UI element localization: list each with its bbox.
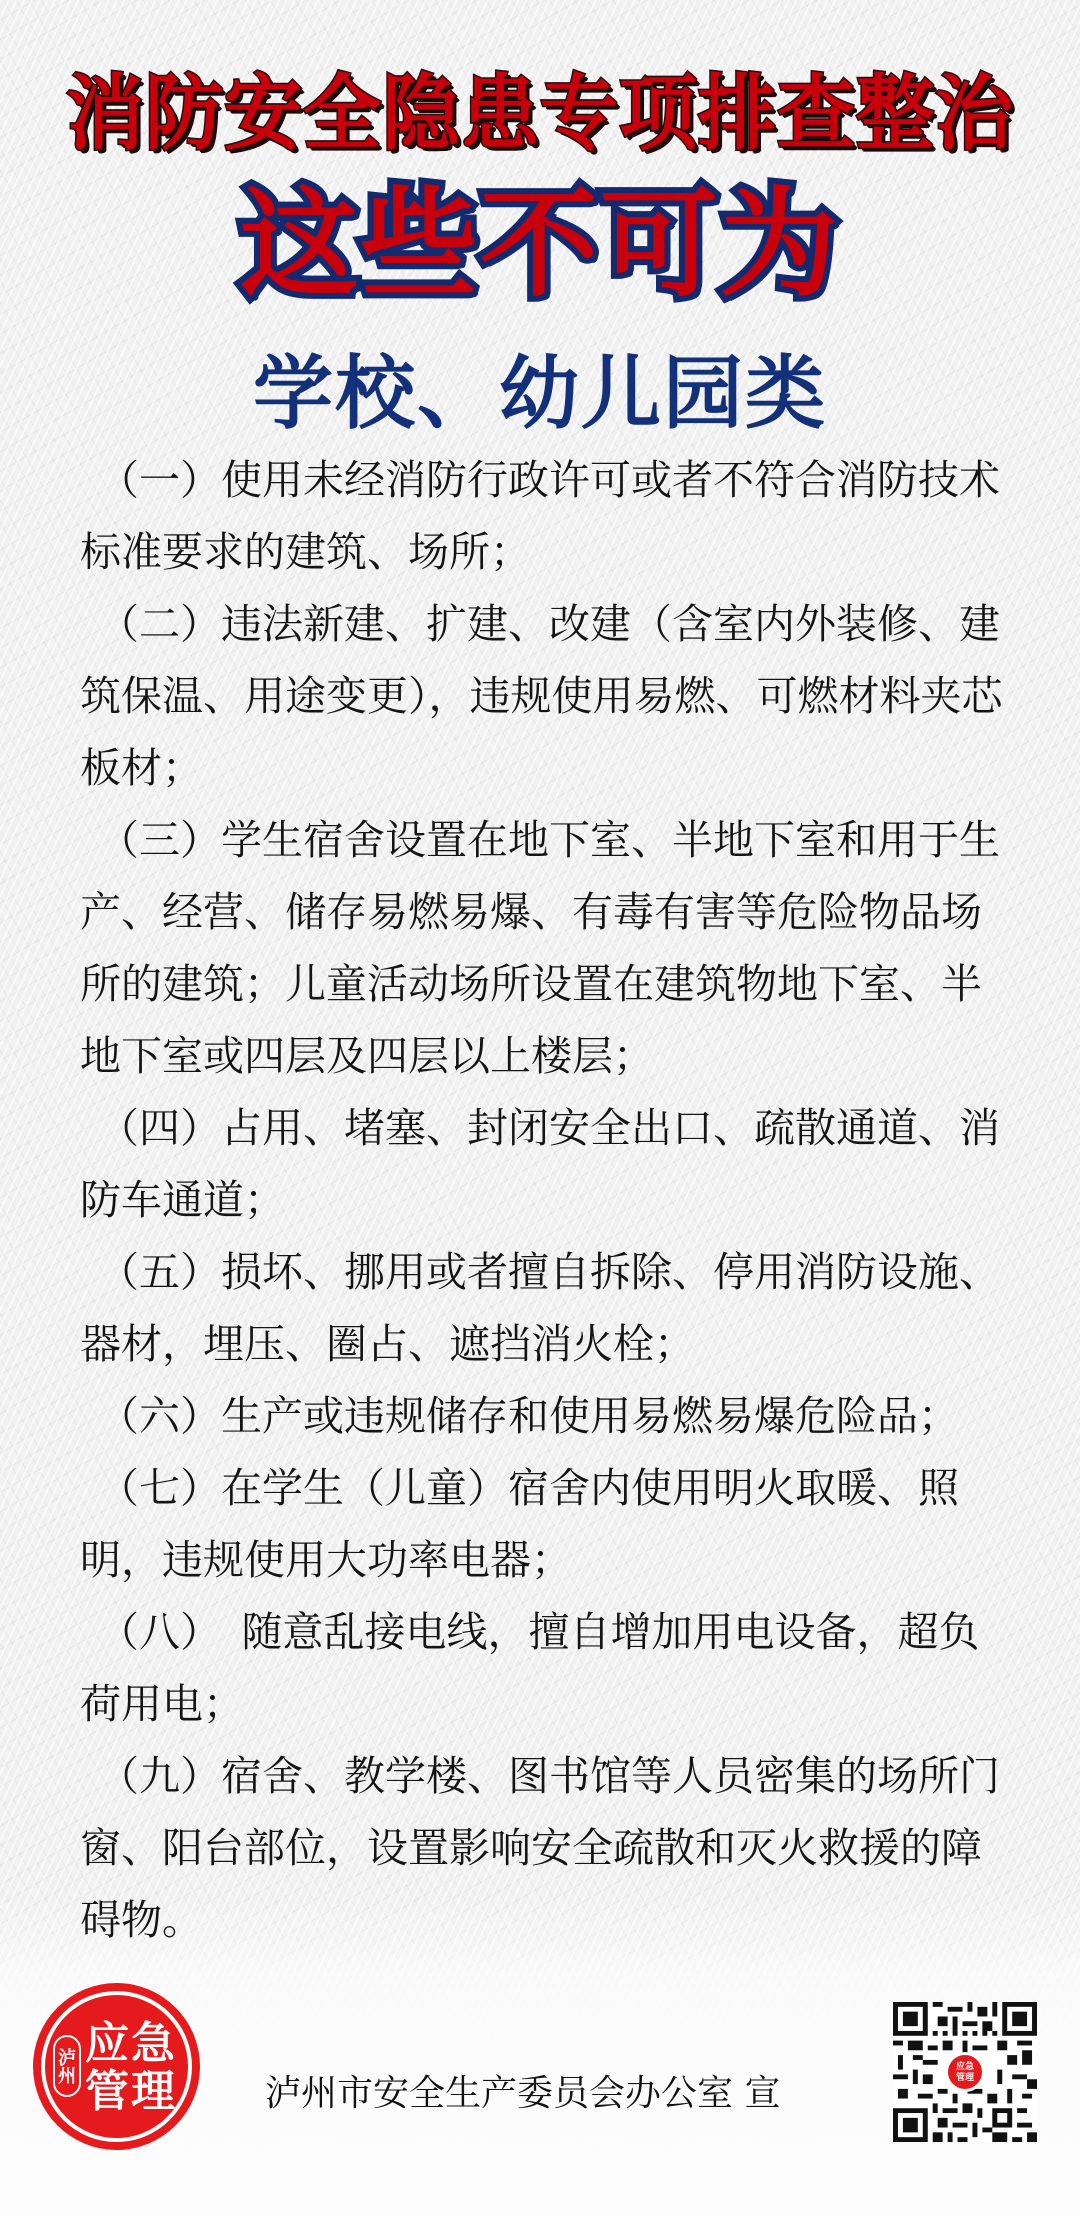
item-number: （九） xyxy=(98,1752,221,1800)
list-item: （九）宿舍、教学楼、图书馆等人员密集的场所门窗、阳台部位，设置影响安全疏散和灭火… xyxy=(80,1740,1010,1956)
logo-city-glyph: 泸州 xyxy=(53,2035,81,2097)
qr-code[interactable]: 应急 管理 xyxy=(893,2002,1037,2142)
list-item: （四）占用、堵塞、封闭安全出口、疏散通道、消防车通道； xyxy=(80,1092,1010,1236)
item-number: （四） xyxy=(98,1104,221,1152)
item-number: （六） xyxy=(98,1392,221,1440)
publisher-credit: 泸州市安全生产委员会办公室 宣 xyxy=(265,2070,780,2118)
item-number: （一） xyxy=(98,456,221,504)
list-item: （一）使用未经消防行政许可或者不符合消防技术标准要求的建筑、场所； xyxy=(80,444,1010,588)
list-item: （七）在学生（儿童）宿舍内使用明火取暖、照明，违规使用大功率电器； xyxy=(80,1452,1010,1596)
item-number: （八） xyxy=(98,1608,201,1656)
item-text: 随意乱接电线，擅自增加用电设备，超负荷用电； xyxy=(80,1608,980,1728)
item-number: （七） xyxy=(98,1464,221,1512)
poster-sub-title: 这些不可为 xyxy=(0,176,1080,312)
prohibited-items-list: （一）使用未经消防行政许可或者不符合消防技术标准要求的建筑、场所； （二）违法新… xyxy=(80,444,1010,1956)
qr-logo-line2: 管理 xyxy=(956,2073,974,2083)
qr-center-logo-icon: 应急 管理 xyxy=(945,2052,985,2092)
qr-logo-line1: 应急 xyxy=(956,2062,974,2072)
list-item: （三）学生宿舍设置在地下室、半地下室和用于生产、经营、储存易燃易爆、有毒有害等危… xyxy=(80,804,1010,1092)
item-number: （三） xyxy=(98,816,221,864)
list-item: （五）损坏、挪用或者擅自拆除、停用消防设施、器材，埋压、圈占、遮挡消火栓； xyxy=(80,1236,1010,1380)
category-heading: 学校、幼儿园类 xyxy=(0,346,1080,442)
poster-main-title: 消防安全隐患专项排查整治 xyxy=(0,64,1080,165)
emergency-management-logo: 泸州 应急 管理 xyxy=(33,1983,200,2150)
item-number: （五） xyxy=(98,1248,221,1296)
list-item: （八） 随意乱接电线，擅自增加用电设备，超负荷用电； xyxy=(80,1596,1010,1740)
logo-text-line1: 应急 xyxy=(85,2021,181,2067)
item-text: 生产或违规储存和使用易燃易爆危险品； xyxy=(221,1392,959,1440)
logo-text-line2: 管理 xyxy=(85,2069,181,2115)
list-item: （六）生产或违规储存和使用易燃易爆危险品； xyxy=(80,1380,1010,1452)
item-number: （二） xyxy=(98,600,221,648)
list-item: （二）违法新建、扩建、改建（含室内外装修、建筑保温、用途变更），违规使用易燃、可… xyxy=(80,588,1010,804)
